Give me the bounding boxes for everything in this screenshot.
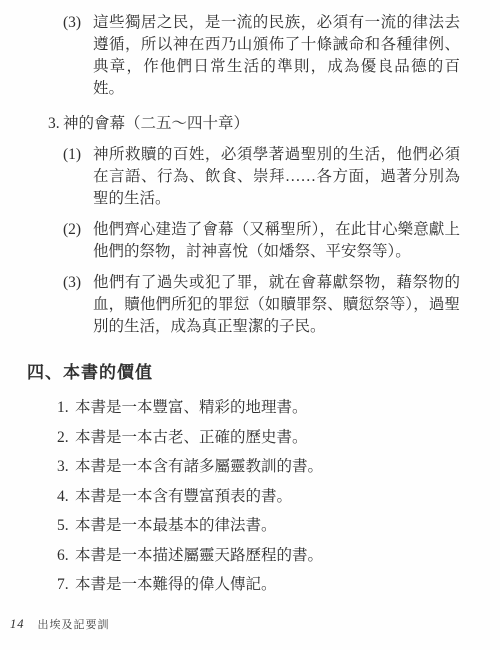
list-item: (3) 他們有了過失或犯了罪，就在會幕獻祭物，藉祭物的血，贖他們所犯的罪愆（如贖… [63, 272, 460, 338]
list-item: 6. 本書是一本描述屬靈天路歷程的書。 [57, 545, 500, 567]
list-item-text: 本書是一本描述屬靈天路歷程的書。 [75, 545, 323, 567]
list-item-text: 本書是一本難得的偉人傳記。 [75, 574, 277, 596]
page-number: 14 [10, 617, 25, 632]
section-tabernacle-title: 3. 神的會幕（二五～四十章） [48, 113, 500, 135]
list-item-label: (2) [63, 219, 93, 263]
list-item-text: 本書是一本古老、正確的歷史書。 [75, 427, 308, 449]
list-item-text: 本書是一本最基本的律法書。 [75, 515, 277, 537]
list-item: 3. 本書是一本含有諸多屬靈教訓的書。 [57, 456, 500, 478]
list-item-number: 2. [57, 427, 75, 449]
value-list: 1. 本書是一本豐富、精彩的地理書。 2. 本書是一本古老、正確的歷史書。 3.… [57, 397, 500, 596]
list-item: 2. 本書是一本古老、正確的歷史書。 [57, 427, 500, 449]
list-item-text: 這些獨居之民，是一流的民族，必須有一流的律法去遵循，所以神在西乃山頒佈了十條誡命… [93, 12, 460, 100]
section-value-heading: 四、本書的價值 [27, 362, 500, 384]
page-footer: 14 出埃及記要訓 [10, 616, 110, 632]
running-title: 出埃及記要訓 [38, 616, 110, 632]
section-number: 3. [48, 113, 63, 135]
list-item-number: 7. [57, 574, 75, 596]
list-item-text: 本書是一本豐富、精彩的地理書。 [75, 397, 308, 419]
list-item: 4. 本書是一本含有豐富預表的書。 [57, 486, 500, 508]
document-page: (3) 這些獨居之民，是一流的民族，必須有一流的律法去遵循，所以神在西乃山頒佈了… [0, 0, 500, 650]
list-item-text: 神所救贖的百姓，必須學著過聖別的生活，他們必須在言語、行為、飲食、崇拜……各方面… [93, 144, 460, 210]
list-item-text: 他們齊心建造了會幕（又稱聖所），在此甘心樂意獻上他們的祭物，討神喜悅（如燔祭、平… [93, 219, 460, 263]
list-item-label: (3) [63, 272, 93, 338]
list-item-text: 本書是一本含有諸多屬靈教訓的書。 [75, 456, 323, 478]
list-item-label: (1) [63, 144, 93, 210]
list-item: 7. 本書是一本難得的偉人傳記。 [57, 574, 500, 596]
list-item-text: 本書是一本含有豐富預表的書。 [75, 486, 292, 508]
list-item-label: (3) [63, 12, 93, 100]
list-item-number: 1. [57, 397, 75, 419]
list-item: (3) 這些獨居之民，是一流的民族，必須有一流的律法去遵循，所以神在西乃山頒佈了… [63, 12, 460, 100]
list-item-number: 4. [57, 486, 75, 508]
list-item-number: 3. [57, 456, 75, 478]
list-item-text: 他們有了過失或犯了罪，就在會幕獻祭物，藉祭物的血，贖他們所犯的罪愆（如贖罪祭、贖… [93, 272, 460, 338]
list-item: (2) 他們齊心建造了會幕（又稱聖所），在此甘心樂意獻上他們的祭物，討神喜悅（如… [63, 219, 460, 263]
list-item: 5. 本書是一本最基本的律法書。 [57, 515, 500, 537]
section-title-text: 神的會幕（二五～四十章） [63, 113, 249, 135]
list-item: 1. 本書是一本豐富、精彩的地理書。 [57, 397, 500, 419]
list-item-number: 5. [57, 515, 75, 537]
list-item: (1) 神所救贖的百姓，必須學著過聖別的生活，他們必須在言語、行為、飲食、崇拜…… [63, 144, 460, 210]
list-item-number: 6. [57, 545, 75, 567]
